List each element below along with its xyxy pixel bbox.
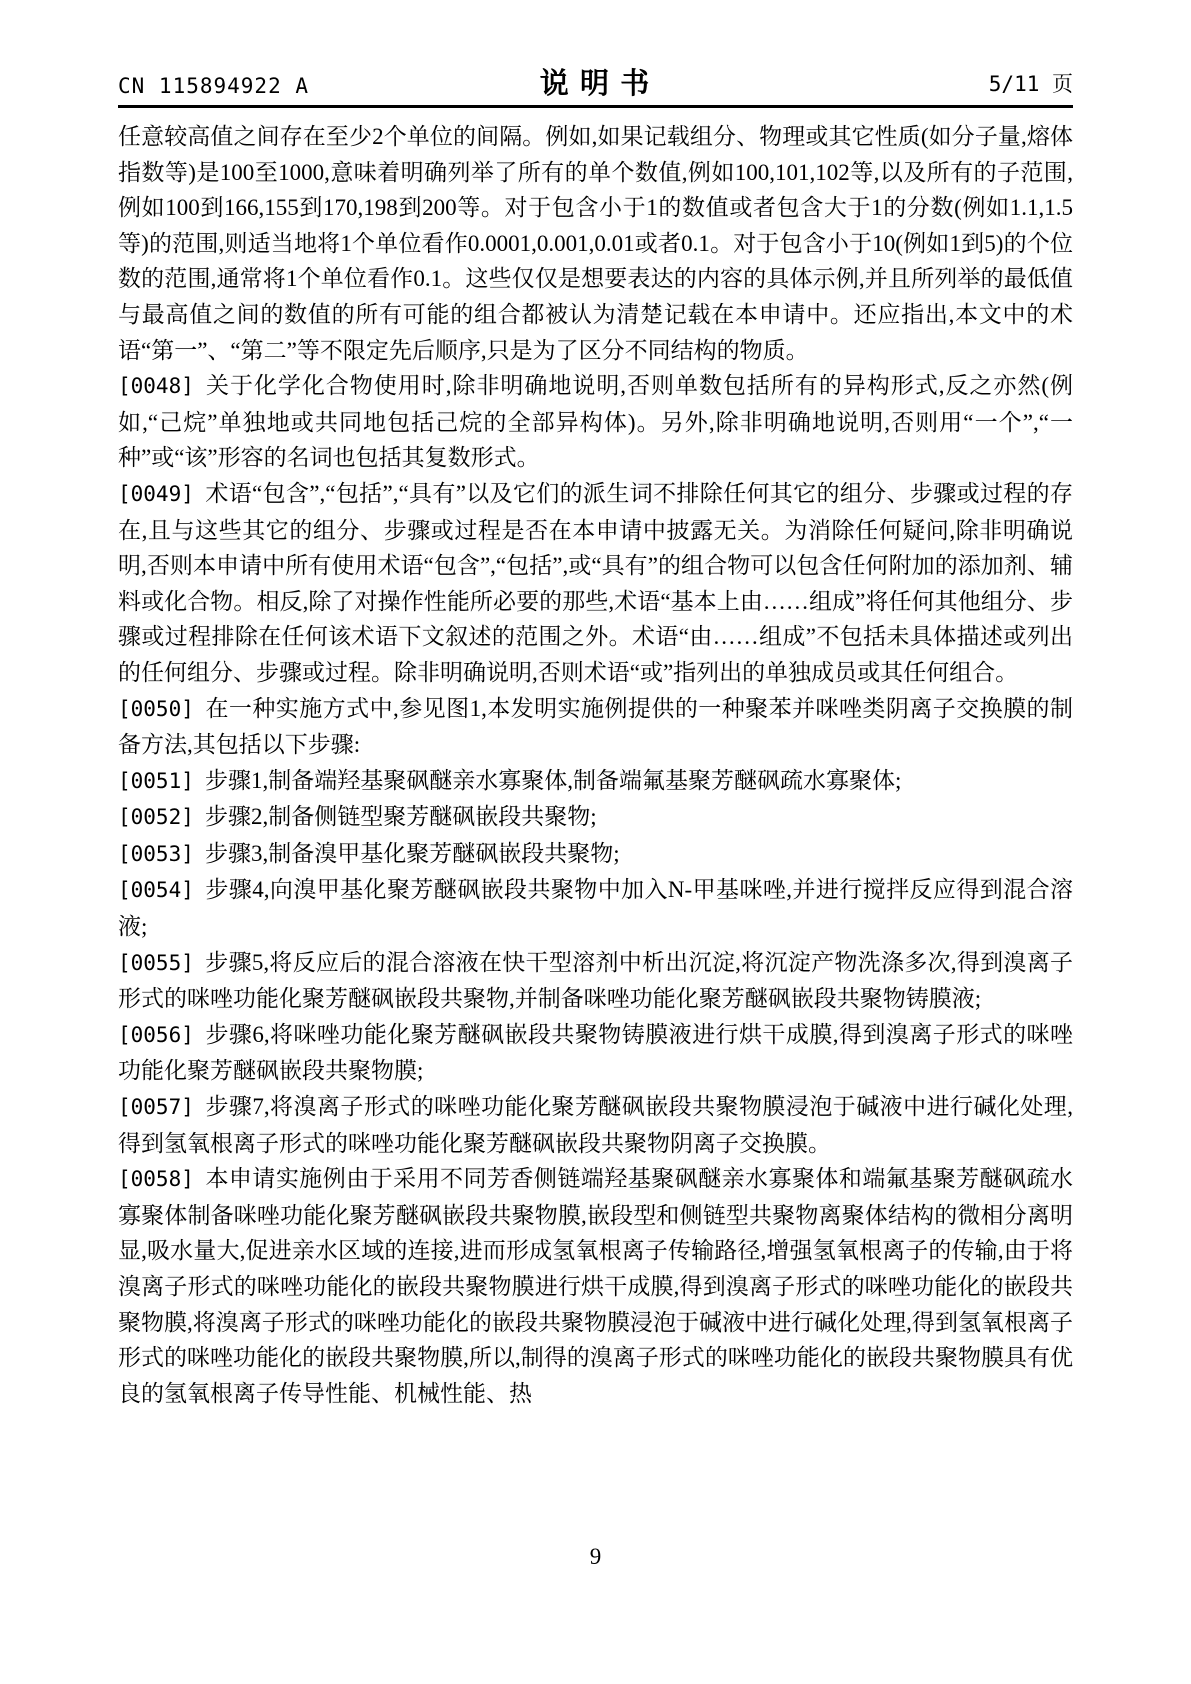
paragraph-number: [0051] <box>118 764 205 800</box>
paragraph: [0056]步骤6,将咪唑功能化聚芳醚砜嵌段共聚物铸膜液进行烘干成膜,得到溴离子… <box>118 1017 1073 1089</box>
page-number: 9 <box>590 1544 602 1569</box>
paragraph: [0053]步骤3,制备溴甲基化聚芳醚砜嵌段共聚物; <box>118 836 1073 873</box>
paragraph-text: 本申请实施例由于采用不同芳香侧链端羟基聚砜醚亲水寡聚体和端氟基聚芳醚砜疏水寡聚体… <box>118 1166 1073 1406</box>
paragraph-text: 术语“包含”,“包括”,“具有”以及它们的派生词不排除任何其它的组分、步骤或过程… <box>118 481 1073 685</box>
paragraph-number: [0058] <box>118 1162 205 1198</box>
page-title: 说 明 书 <box>540 61 652 102</box>
paragraph-text: 步骤5,将反应后的混合溶液在快干型溶剂中析出沉淀,将沉淀产物洗涤多次,得到溴离子… <box>118 950 1073 1012</box>
paragraph-text: 步骤6,将咪唑功能化聚芳醚砜嵌段共聚物铸膜液进行烘干成膜,得到溴离子形式的咪唑功… <box>118 1022 1073 1084</box>
paragraph-text: 步骤2,制备侧链型聚芳醚砜嵌段共聚物; <box>205 804 597 829</box>
paragraph: [0049]术语“包含”,“包括”,“具有”以及它们的派生词不排除任何其它的组分… <box>118 476 1073 691</box>
paragraph: [0057]步骤7,将溴离子形式的咪唑功能化聚芳醚砜嵌段共聚物膜浸泡于碱液中进行… <box>118 1089 1073 1161</box>
paragraph-text: 任意较高值之间存在至少2个单位的间隔。例如,如果记载组分、物理或其它性质(如分子… <box>118 124 1073 363</box>
paragraph-text: 在一种实施方式中,参见图1,本发明实施例提供的一种聚苯并咪唑类阴离子交换膜的制备… <box>118 696 1073 758</box>
paragraph-number: [0057] <box>118 1090 205 1126</box>
header-divider <box>118 105 1073 108</box>
paragraph: [0058]本申请实施例由于采用不同芳香侧链端羟基聚砜醚亲水寡聚体和端氟基聚芳醚… <box>118 1161 1073 1411</box>
paragraph-number: [0050] <box>118 692 205 728</box>
paragraph-text: 步骤7,将溴离子形式的咪唑功能化聚芳醚砜嵌段共聚物膜浸泡于碱液中进行碱化处理,得… <box>118 1094 1073 1156</box>
paragraph-text: 关于化学化合物使用时,除非明确地说明,否则单数包括所有的异构形式,反之亦然(例如… <box>118 373 1073 470</box>
patent-specification-page: CN 115894922 A 说 明 书 5/11 页 任意较高值之间存在至少2… <box>0 0 1191 1684</box>
paragraph: [0048]关于化学化合物使用时,除非明确地说明,否则单数包括所有的异构形式,反… <box>118 368 1073 476</box>
paragraph-number: [0054] <box>118 873 205 909</box>
paragraph-text: 步骤3,制备溴甲基化聚芳醚砜嵌段共聚物; <box>205 841 620 866</box>
page-footer: 9 <box>0 1544 1191 1570</box>
paragraph-text: 步骤1,制备端羟基聚砜醚亲水寡聚体,制备端氟基聚芳醚砜疏水寡聚体; <box>205 768 901 793</box>
paragraph: 任意较高值之间存在至少2个单位的间隔。例如,如果记载组分、物理或其它性质(如分子… <box>118 119 1073 368</box>
paragraph-number: [0053] <box>118 837 205 873</box>
paragraph: [0050]在一种实施方式中,参见图1,本发明实施例提供的一种聚苯并咪唑类阴离子… <box>118 691 1073 763</box>
paragraph: [0052]步骤2,制备侧链型聚芳醚砜嵌段共聚物; <box>118 799 1073 836</box>
document-number: CN 115894922 A <box>118 74 309 98</box>
paragraph-number: [0052] <box>118 800 205 836</box>
paragraph: [0054]步骤4,向溴甲基化聚芳醚砜嵌段共聚物中加入N-甲基咪唑,并进行搅拌反… <box>118 872 1073 944</box>
paragraph: [0051]步骤1,制备端羟基聚砜醚亲水寡聚体,制备端氟基聚芳醚砜疏水寡聚体; <box>118 763 1073 800</box>
paragraph-number: [0048] <box>118 369 205 405</box>
paragraph-text: 步骤4,向溴甲基化聚芳醚砜嵌段共聚物中加入N-甲基咪唑,并进行搅拌反应得到混合溶… <box>118 877 1073 939</box>
page-indicator: 5/11 页 <box>989 68 1073 98</box>
paragraph-number: [0055] <box>118 946 205 982</box>
paragraph-number: [0049] <box>118 477 205 513</box>
paragraph: [0055]步骤5,将反应后的混合溶液在快干型溶剂中析出沉淀,将沉淀产物洗涤多次… <box>118 945 1073 1017</box>
body-text: 任意较高值之间存在至少2个单位的间隔。例如,如果记载组分、物理或其它性质(如分子… <box>118 119 1073 1411</box>
paragraph-number: [0056] <box>118 1018 205 1054</box>
page-header: CN 115894922 A 说 明 书 5/11 页 <box>118 58 1073 102</box>
